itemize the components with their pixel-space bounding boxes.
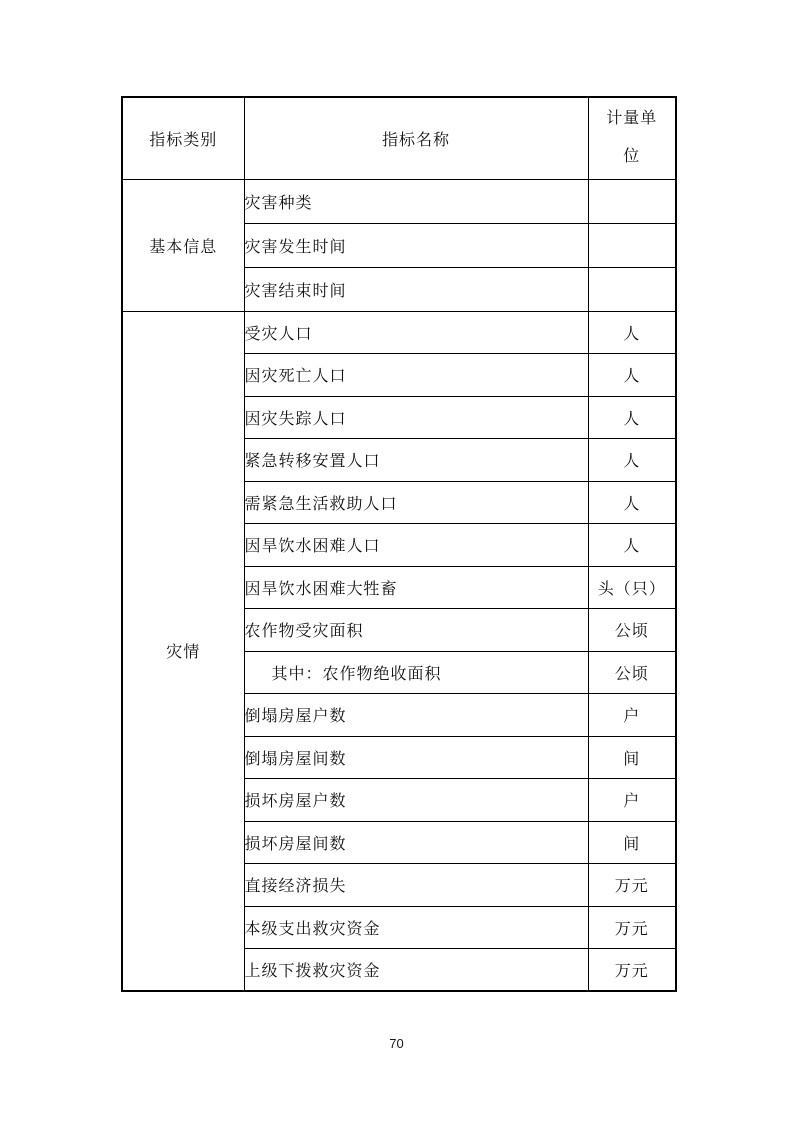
- unit-cell: 人: [588, 439, 676, 482]
- indicator-name-cell: 损坏房屋户数: [244, 779, 588, 822]
- indicator-name-cell: 本级支出救灾资金: [244, 906, 588, 949]
- table-header-row: 指标类别 指标名称 计量单 位: [122, 97, 676, 179]
- unit-cell: [588, 267, 676, 311]
- indicator-name-cell: 损坏房屋间数: [244, 821, 588, 864]
- category-cell-disaster: 灾情: [122, 311, 244, 991]
- header-unit-line2: 位: [589, 138, 676, 176]
- indicator-name-cell: 灾害结束时间: [244, 267, 588, 311]
- unit-cell: 万元: [588, 906, 676, 949]
- unit-cell: 公顷: [588, 651, 676, 694]
- indicator-name-cell: 因旱饮水困难大牲畜: [244, 566, 588, 609]
- unit-cell: 人: [588, 396, 676, 439]
- unit-cell: 万元: [588, 949, 676, 992]
- unit-cell: 户: [588, 694, 676, 737]
- header-name: 指标名称: [244, 97, 588, 179]
- document-page: 指标类别 指标名称 计量单 位 基本信息 灾害种类 灾害发生时间 灾害结束时间: [0, 0, 793, 1122]
- category-cell-basic-info: 基本信息: [122, 179, 244, 311]
- indicator-name-cell: 需紧急生活救助人口: [244, 481, 588, 524]
- header-unit-line1: 计量单: [589, 100, 676, 138]
- unit-cell: 人: [588, 311, 676, 354]
- unit-cell: 人: [588, 481, 676, 524]
- header-category: 指标类别: [122, 97, 244, 179]
- indicator-name-cell: 灾害种类: [244, 179, 588, 223]
- indicator-name-cell: 灾害发生时间: [244, 223, 588, 267]
- unit-cell: 户: [588, 779, 676, 822]
- indicator-name-cell: 倒塌房屋间数: [244, 736, 588, 779]
- unit-cell: [588, 223, 676, 267]
- page-number: 70: [0, 1036, 793, 1051]
- table-row: 基本信息 灾害种类: [122, 179, 676, 223]
- table-row: 灾情 受灾人口 人: [122, 311, 676, 354]
- indicator-name-cell: 上级下拨救灾资金: [244, 949, 588, 992]
- indicator-name-cell: 因灾死亡人口: [244, 354, 588, 397]
- indicator-table: 指标类别 指标名称 计量单 位 基本信息 灾害种类 灾害发生时间 灾害结束时间: [121, 96, 677, 992]
- indicator-name-cell: 受灾人口: [244, 311, 588, 354]
- indicator-name-cell: 其中：农作物绝收面积: [244, 651, 588, 694]
- unit-cell: 间: [588, 736, 676, 779]
- unit-cell: 万元: [588, 864, 676, 907]
- indicator-name-cell: 直接经济损失: [244, 864, 588, 907]
- unit-cell: 间: [588, 821, 676, 864]
- indicator-name-cell: 农作物受灾面积: [244, 609, 588, 652]
- unit-cell: [588, 179, 676, 223]
- indicator-name-cell: 因灾失踪人口: [244, 396, 588, 439]
- indicator-name-cell: 紧急转移安置人口: [244, 439, 588, 482]
- indicator-name-cell: 倒塌房屋户数: [244, 694, 588, 737]
- unit-cell: 头（只）: [588, 566, 676, 609]
- header-unit: 计量单 位: [588, 97, 676, 179]
- indicator-name-cell: 因旱饮水困难人口: [244, 524, 588, 567]
- unit-cell: 人: [588, 524, 676, 567]
- unit-cell: 人: [588, 354, 676, 397]
- unit-cell: 公顷: [588, 609, 676, 652]
